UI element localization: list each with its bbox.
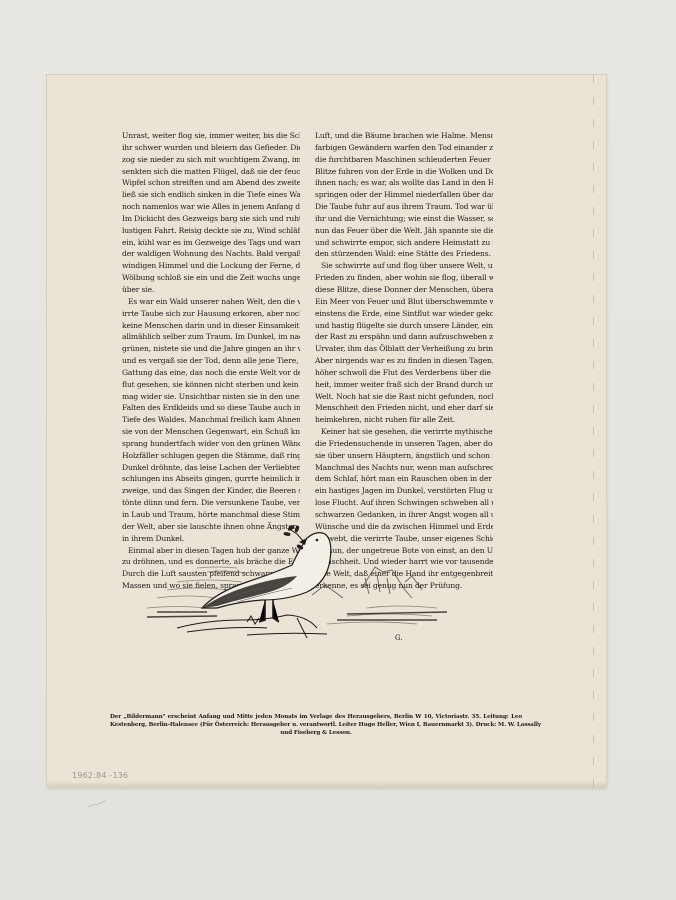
- text-line: zog sie nieder zu sich mit wuchtigem Zwa…: [122, 154, 300, 166]
- text-line: ihr schwer wurden und bleiern das Gefied…: [122, 142, 300, 154]
- text-line: Sie schwirrte auf und flog über unsere W…: [315, 260, 493, 272]
- pencil-mark-icon: [88, 800, 108, 808]
- text-line: Frieden zu finden, aber wohin sie flog, …: [315, 272, 493, 284]
- text-line: senkten sich die matten Flügel, daß sie …: [122, 166, 300, 178]
- text-line: diese Blitze, diese Donner der Menschen,…: [315, 284, 493, 296]
- text-line: der Rast zu erspähn und dann aufzuschweb…: [315, 331, 493, 343]
- text-line: flut gesehen, sie können nicht sterben u…: [122, 379, 300, 391]
- dove-illustration: G.: [147, 520, 467, 650]
- text-line: ihr und die Vernichtung; wie einst die W…: [315, 213, 493, 225]
- text-line: allmählich selber zum Traum. Im Dunkel, …: [122, 331, 300, 343]
- text-line: einstens die Erde, eine Sintflut war wie…: [315, 308, 493, 320]
- text-line: höher schwoll die Flut des Verderbens üb…: [315, 367, 493, 379]
- text-line: Im Dickicht des Gezweigs barg sie sich u…: [122, 213, 300, 225]
- text-line: ihnen nach; es war, als wollte das Land …: [315, 177, 493, 189]
- text-line: Luft, und die Bäume brachen wie Halme. M…: [315, 130, 493, 142]
- text-line: lose Flucht. Auf ihren Schwingen schwebe…: [315, 497, 493, 509]
- text-line: Unrast, weiter flog sie, immer weiter, b…: [122, 130, 300, 142]
- text-line: lustigen Fahrt. Reisig deckte sie zu, Wi…: [122, 225, 300, 237]
- text-line: die Friedensuchende in unseren Tagen, ab…: [315, 438, 493, 450]
- text-line: sie von der Menschen Gegenwart, ein Schu…: [122, 426, 300, 438]
- text-line: mag wider sie. Unsichtbar nisten sie in …: [122, 391, 300, 403]
- inventory-number: 1962:84 -136: [72, 771, 128, 780]
- imprint-line-1: Der „Bildermann" erscheint Anfang und Mi…: [110, 713, 522, 721]
- text-line: Holzfäller schlugen gegen die Stämme, da…: [122, 450, 300, 462]
- text-line: schlungen ins Abseits gingen, gurrte hei…: [122, 473, 300, 485]
- text-line: und hastig flügelte sie durch unsere Län…: [315, 320, 493, 332]
- text-line: Es war ein Wald unserer nahen Welt, den …: [122, 296, 300, 308]
- text-line: farbigen Gewändern warfen den Tod einand…: [315, 142, 493, 154]
- text-line: grünen, nistete sie und die Jahre gingen…: [122, 343, 300, 355]
- text-line: ließ sie sich endlich sinken in die Tief…: [122, 189, 300, 201]
- text-line: Wölbung schloß sie ein und die Zeit wuch…: [122, 272, 300, 284]
- text-line: Aber nirgends war es zu finden in diesen…: [315, 355, 493, 367]
- text-line: Falten des Erdkleids und so diese Taube …: [122, 402, 300, 414]
- text-line: ein, kühl war es im Gezweige des Tags un…: [122, 237, 300, 249]
- imprint-line-3: und Fiseberg & Lesson.: [110, 729, 522, 737]
- text-line: der waldigen Wohnung des Nachts. Bald ve…: [122, 248, 300, 260]
- text-line: und es vergaß sie der Tod, denn alle jen…: [122, 355, 300, 367]
- text-line: Die Taube fuhr auf aus ihrem Traum. Tod …: [315, 201, 493, 213]
- text-line: Welt. Noch hat sie die Rast nicht gefund…: [315, 391, 493, 403]
- publication-imprint: Der „Bildermann" erscheint Anfang und Mi…: [110, 713, 522, 737]
- text-line: die furchtbaren Maschinen schleuderten F…: [315, 154, 493, 166]
- text-line: tönte dünn und fern. Die versunkene Taub…: [122, 497, 300, 509]
- svg-text:G.: G.: [395, 634, 403, 642]
- text-line: springen oder der Himmel niederfallen üb…: [315, 189, 493, 201]
- imprint-line-2: Kestenberg, Berlin-Halensee (Für Österre…: [110, 721, 522, 729]
- text-line: ein hastiges Jagen im Dunkel, verstörten…: [315, 485, 493, 497]
- text-line: den stürzenden Wald: eine Stätte des Fri…: [315, 248, 493, 260]
- text-line: Manchmal des Nachts nur, wenn man aufsch…: [315, 462, 493, 474]
- dove-with-olive-branch-icon: G.: [147, 520, 467, 650]
- text-line: Ein Meer von Feuer und Blut überschwemmt…: [315, 296, 493, 308]
- text-line: Wipfel schon streiften und am Abend des …: [122, 177, 300, 189]
- text-line: Tiefe des Waldes. Manchmal freilich kam …: [122, 414, 300, 426]
- text-line: sprang hundertfach wider von den grünen …: [122, 438, 300, 450]
- text-line: über sie.: [122, 284, 300, 296]
- text-line: Blitze fuhren von der Erde in die Wolken…: [315, 166, 493, 178]
- text-line: Dunkel dröhnte, das leise Lachen der Ver…: [122, 462, 300, 474]
- text-line: dem Schlaf, hört man ein Rauschen oben i…: [315, 473, 493, 485]
- text-line: noch namenlos war wie Alles in jenem Anf…: [122, 201, 300, 213]
- text-line: windigen Himmel und die Lockung der Fern…: [122, 260, 300, 272]
- text-line: nun das Feuer über die Welt. Jäh spannte…: [315, 225, 493, 237]
- text-line: heimkehren, nicht ruhen für alle Zeit.: [315, 414, 493, 426]
- page-fold-line: [593, 75, 594, 787]
- text-line: zweige, und das Singen der Kinder, die B…: [122, 485, 300, 497]
- text-line: Menschheit den Frieden nicht, und eher d…: [315, 402, 493, 414]
- text-line: sie über unsern Häuptern, ängstlich und …: [315, 450, 493, 462]
- text-line: Gattung das eine, das noch die erste Wel…: [122, 367, 300, 379]
- text-line: heit, immer weiter fraß sich der Brand d…: [315, 379, 493, 391]
- text-line: Urvater, ihm das Ölblatt der Verheißung …: [315, 343, 493, 355]
- text-line: irrte Taube sich zur Hausung erkoren, ab…: [122, 308, 300, 320]
- text-line: und schwirrte empor, sich andere Heimsta…: [315, 237, 493, 249]
- text-line: keine Menschen darin und in dieser Einsa…: [122, 320, 300, 332]
- text-line: Keiner hat sie gesehen, die verirrte myt…: [315, 426, 493, 438]
- document-page: Unrast, weiter flog sie, immer weiter, b…: [47, 75, 606, 787]
